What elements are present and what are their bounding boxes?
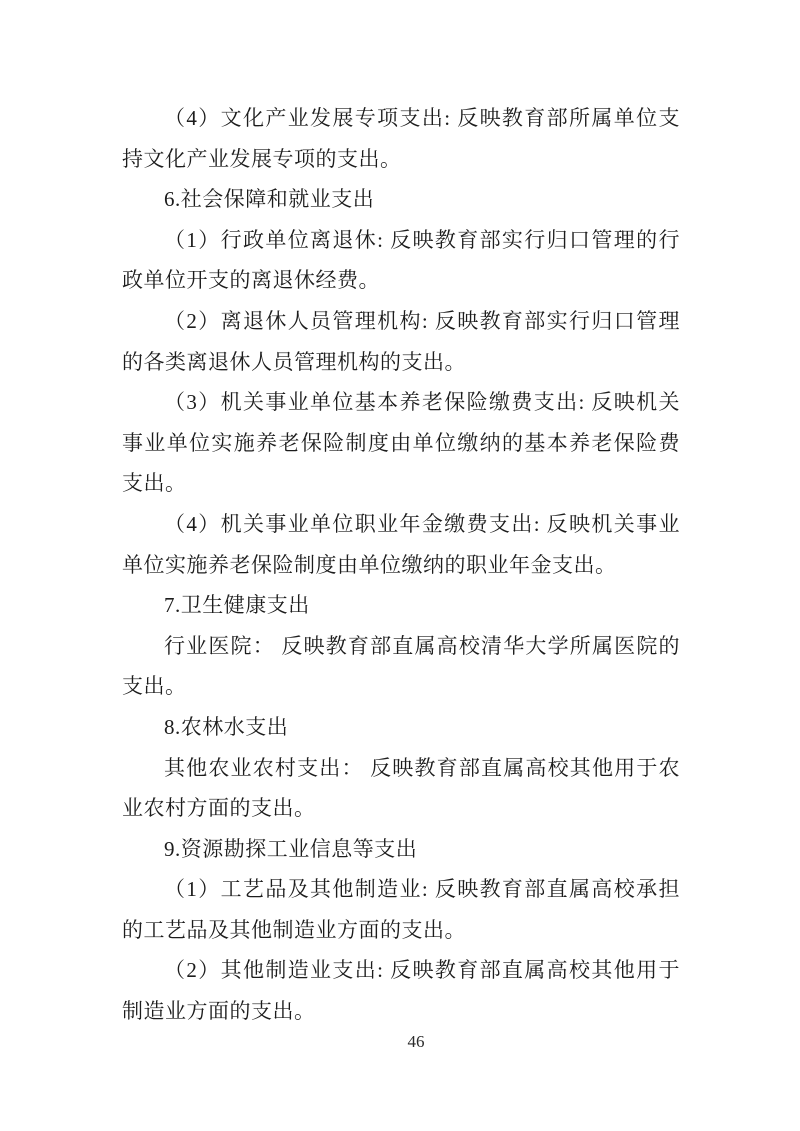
paragraph: （1）行政单位离退休: 反映教育部实行归口管理的行政单位开支的离退休经费。: [122, 220, 680, 301]
section-heading: 6.社会保障和就业支出: [122, 179, 680, 220]
paragraph: （4）文化产业发展专项支出: 反映教育部所属单位支持文化产业发展专项的支出。: [122, 98, 680, 179]
section-heading: 8.农林水支出: [122, 707, 680, 748]
paragraph: （1）工艺品及其他制造业: 反映教育部直属高校承担的工艺品及其他制造业方面的支出…: [122, 869, 680, 950]
document-page: （4）文化产业发展专项支出: 反映教育部所属单位支持文化产业发展专项的支出。 6…: [0, 0, 800, 1131]
document-body: （4）文化产业发展专项支出: 反映教育部所属单位支持文化产业发展专项的支出。 6…: [122, 98, 680, 1032]
paragraph: （4）机关事业单位职业年金缴费支出: 反映机关事业单位实施养老保险制度由单位缴纳…: [122, 504, 680, 585]
paragraph: 其他农业农村支出： 反映教育部直属高校其他用于农业农村方面的支出。: [122, 748, 680, 829]
section-heading: 7.卫生健康支出: [122, 585, 680, 626]
paragraph: （2）离退休人员管理机构: 反映教育部实行归口管理的各类离退休人员管理机构的支出…: [122, 301, 680, 382]
paragraph: （2）其他制造业支出: 反映教育部直属高校其他用于制造业方面的支出。: [122, 950, 680, 1031]
paragraph: 行业医院： 反映教育部直属高校清华大学所属医院的支出。: [122, 626, 680, 707]
page-number: 46: [16, 1031, 800, 1053]
paragraph: （3）机关事业单位基本养老保险缴费支出: 反映机关事业单位实施养老保险制度由单位…: [122, 382, 680, 504]
section-heading: 9.资源勘探工业信息等支出: [122, 829, 680, 870]
